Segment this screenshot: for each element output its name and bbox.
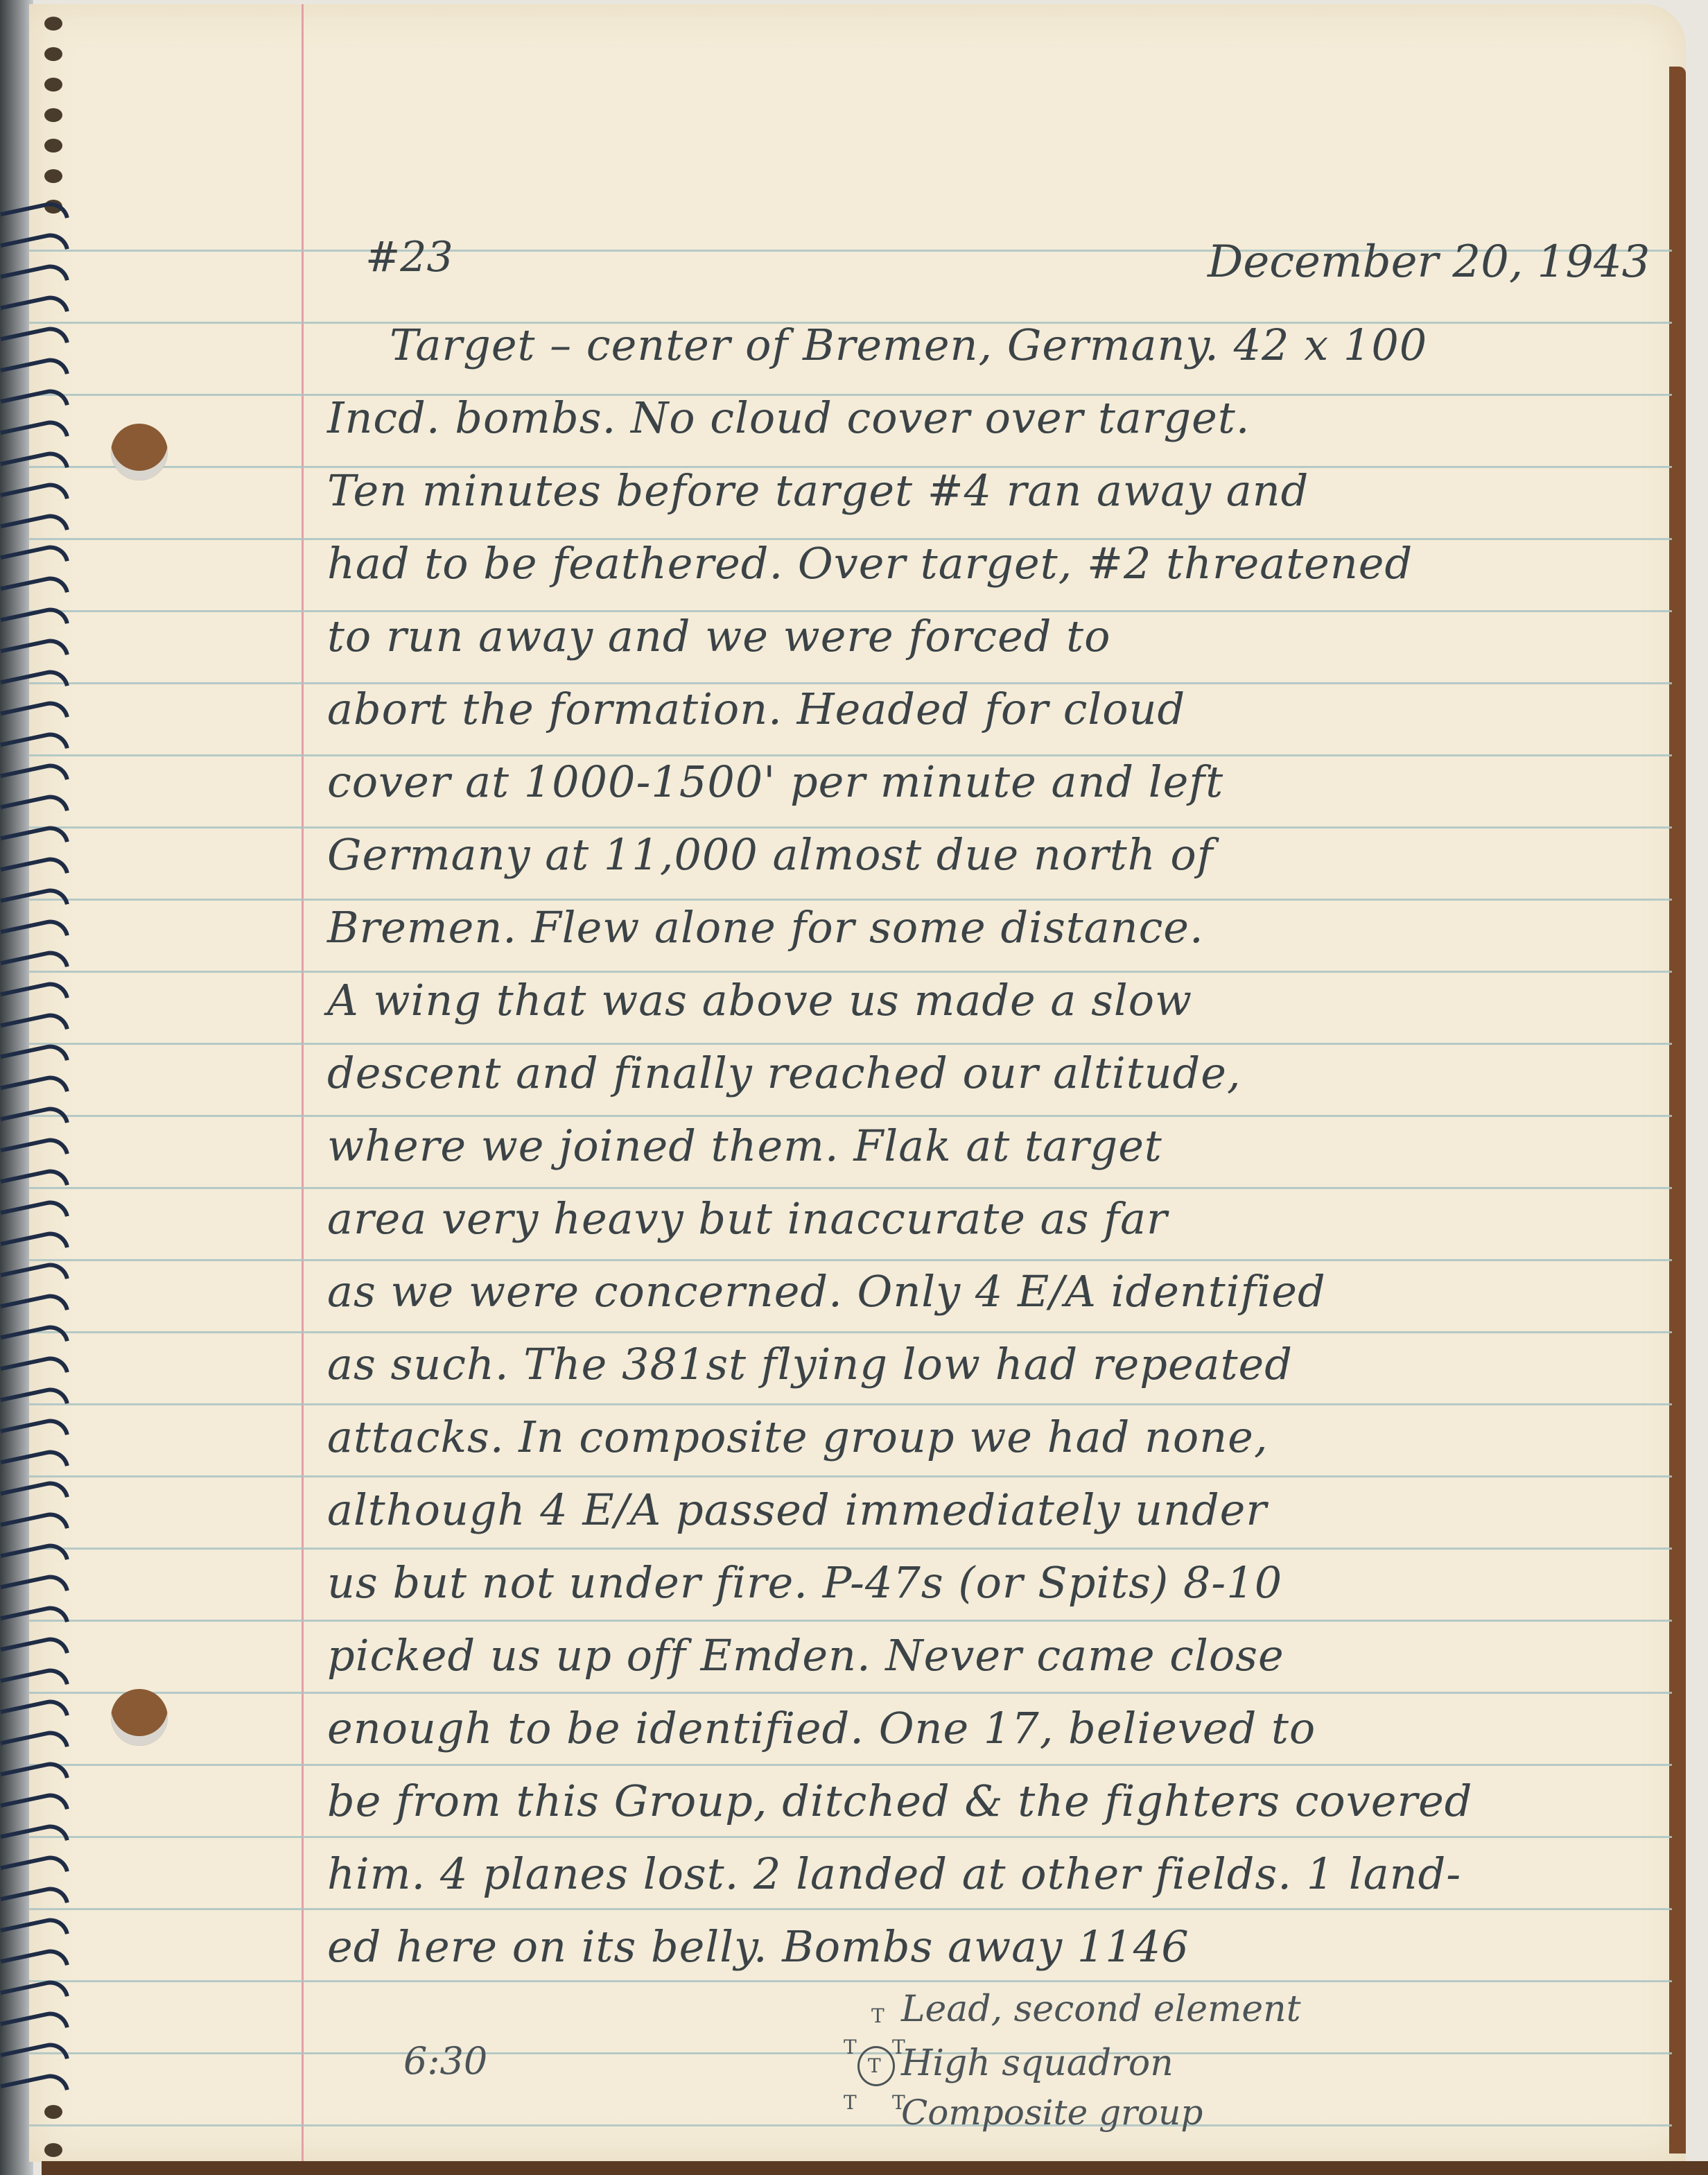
perforation-hole xyxy=(44,47,62,61)
plane-marker: T xyxy=(868,2054,881,2077)
text-line: although 4 E/A passed immediately under xyxy=(327,1484,1267,1535)
text-line: Germany at 11,000 almost due north of xyxy=(327,829,1214,880)
text-line: us but not under fire. P-47s (or Spits) … xyxy=(327,1557,1282,1608)
text-line: Bremen. Flew alone for some distance. xyxy=(327,902,1204,953)
plane-marker: T xyxy=(871,2004,885,2027)
rule-line xyxy=(29,1836,1672,1838)
text-line: enough to be identified. One 17, believe… xyxy=(327,1703,1316,1753)
plane-marker: T xyxy=(844,2036,857,2059)
rule-line xyxy=(29,1187,1672,1189)
binder-hole xyxy=(111,424,168,480)
rule-line xyxy=(29,1764,1672,1766)
rule-line xyxy=(29,1403,1672,1405)
plane-marker: T xyxy=(844,2091,857,2114)
rule-line xyxy=(29,899,1672,901)
text-line: as such. The 381st flying low had repeat… xyxy=(327,1339,1293,1389)
rule-line xyxy=(29,1115,1672,1117)
text-line: descent and finally reached our altitude… xyxy=(327,1048,1241,1098)
text-line: cover at 1000-1500' per minute and left xyxy=(327,756,1223,807)
text-line: Target – center of Bremen, Germany. 42 x… xyxy=(390,320,1427,370)
page-edge xyxy=(1669,67,1686,2154)
rule-line xyxy=(29,1043,1672,1045)
text-line: where we joined them. Flak at target xyxy=(327,1120,1162,1171)
formation-label-composite: Composite group xyxy=(901,2092,1203,2133)
text-line: abort the formation. Headed for cloud xyxy=(327,684,1185,734)
binder-hole xyxy=(111,1689,168,1746)
text-line: area very heavy but inaccurate as far xyxy=(327,1193,1168,1244)
rule-line xyxy=(29,971,1672,973)
text-line: be from this Group, ditched & the fighte… xyxy=(327,1776,1473,1826)
rule-line xyxy=(29,1331,1672,1333)
text-line: Ten minutes before target #4 ran away an… xyxy=(327,465,1309,516)
text-line: attacks. In composite group we had none, xyxy=(327,1412,1269,1462)
formation-label-lead: Lead, second element xyxy=(901,1988,1301,2030)
entry-date: December 20, 1943 xyxy=(1208,236,1650,288)
rule-line xyxy=(29,1692,1672,1694)
text-line: picked us up off Emden. Never came close xyxy=(327,1630,1284,1681)
rule-line xyxy=(29,1620,1672,1622)
perforation-hole xyxy=(44,78,62,92)
text-line: Incd. bombs. No cloud cover over target. xyxy=(327,392,1250,443)
rule-line xyxy=(29,1548,1672,1550)
notebook-bottom-edge xyxy=(42,2161,1708,2175)
entry-number: #23 xyxy=(365,233,453,281)
notebook-page: #23 December 20, 1943 Target – center of… xyxy=(29,4,1686,2162)
rule-line xyxy=(29,1980,1672,1982)
text-line: to run away and we were forced to xyxy=(327,611,1110,661)
text-line: ed here on its belly. Bombs away 1146 xyxy=(327,1921,1189,1972)
perforation-hole xyxy=(44,139,62,153)
formation-label-high: High squadron xyxy=(901,2043,1174,2084)
rule-line xyxy=(29,826,1672,829)
text-line: A wing that was above us made a slow xyxy=(327,975,1192,1025)
perforation-hole xyxy=(44,169,62,183)
perforation-hole xyxy=(44,17,62,31)
margin-line xyxy=(302,4,304,2162)
rule-line xyxy=(29,1259,1672,1261)
rule-line xyxy=(29,1475,1672,1478)
text-line: him. 4 planes lost. 2 landed at other fi… xyxy=(327,1848,1461,1899)
text-line: as we were concerned. Only 4 E/A identif… xyxy=(327,1266,1326,1317)
perforation-hole xyxy=(44,2105,62,2119)
rule-line xyxy=(29,1908,1672,1910)
perforation-hole xyxy=(44,108,62,122)
time-note: 6:30 xyxy=(403,2039,487,2083)
perforation-hole xyxy=(44,2143,62,2157)
text-line: had to be feathered. Over target, #2 thr… xyxy=(327,538,1413,589)
